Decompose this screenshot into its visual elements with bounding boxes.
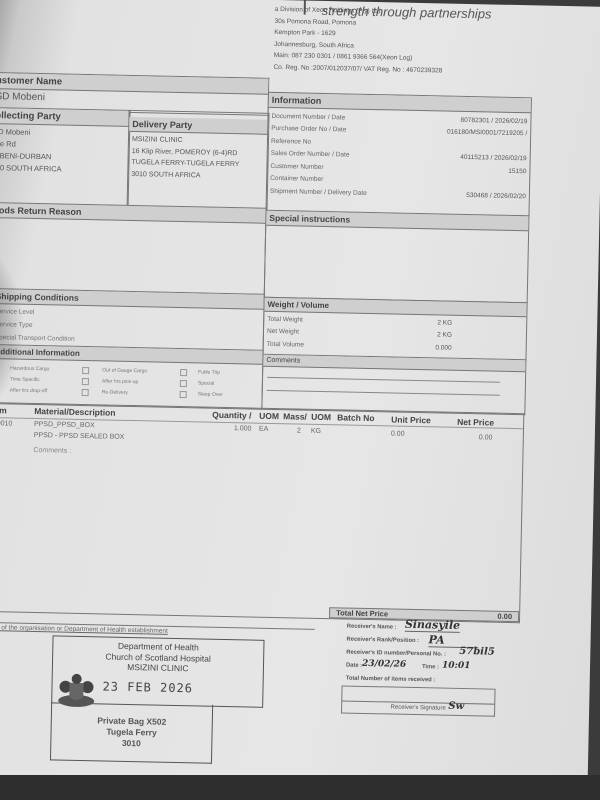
stamp-text-top: Department of Health Church of Scotland … <box>58 640 259 676</box>
delivery-note-page: strength through partnerships a Division… <box>0 0 600 797</box>
special-instructions-section: Special instructions <box>264 210 530 304</box>
item-material: PPSD_PPSD_BOX <box>34 421 95 429</box>
special-instructions-title: Special instructions <box>266 211 528 231</box>
comment-line-2 <box>267 390 500 396</box>
receiver-signature-value: Sw <box>448 701 464 712</box>
company-address: a Division of Xeon Holdings (Pty) Ltd. 3… <box>273 4 443 77</box>
goods-return-section: Goods Return Reason <box>0 202 267 298</box>
receiver-name-value[interactable]: Sinasyile <box>405 618 460 633</box>
total-volume-row: Total Volume0.000 <box>267 338 452 354</box>
item-mass: 2 <box>297 427 301 434</box>
delivery-party-address: MSIZINI CLINIC 16 Klip River, POMEROY (6… <box>128 132 268 185</box>
additional-information-section: Additional Information Hazardous Cargo O… <box>0 344 264 410</box>
stamp-text-bottom: Private Bag X502 Tugela Ferry 3010 <box>61 715 202 751</box>
shipping-conditions-section: Shipping Conditions Service Level Servic… <box>0 288 265 354</box>
weight-volume-section: Weight / Volume Total Weight2 KG Net Wei… <box>262 297 527 363</box>
item-unit-price: 0.00 <box>391 430 405 437</box>
information-section: Information Document Number / Date807823… <box>265 92 531 218</box>
stamp-date: 23 FEB 2026 <box>102 679 193 695</box>
receiver-signature-field[interactable]: Receiver's Signature Sw <box>341 701 495 716</box>
item-comments: Comments : <box>33 447 71 455</box>
coat-of-arms-icon <box>55 670 98 711</box>
goods-return-title: Goods Return Reason <box>0 203 266 224</box>
item-number: 000010 <box>0 420 12 427</box>
receiver-time-value[interactable]: 10:01 <box>442 661 471 672</box>
item-net-price: 0.00 <box>479 434 493 441</box>
items-table: Item Material/Description Quantity / UOM… <box>0 402 524 623</box>
additional-information-options: Hazardous Cargo Out of Gauge Cargo Futil… <box>0 359 262 400</box>
weight-volume-rows: Total Weight2 KG Net Weight2 KG Total Vo… <box>264 312 456 355</box>
comment-line-1 <box>267 377 500 383</box>
delivery-party-section: Delivery Party MSIZINI CLINIC 16 Klip Ri… <box>127 110 270 210</box>
item-mass-uom: KG <box>311 428 321 435</box>
background-surface <box>0 775 600 800</box>
total-net-price-value: 0.00 <box>497 612 512 621</box>
comments-section: Comments <box>261 354 526 416</box>
time-specific-checkbox[interactable] <box>82 378 89 385</box>
receiver-date-value[interactable]: 23/02/26 <box>362 659 406 670</box>
item-uom: EA <box>259 426 268 433</box>
collecting-party-section: Collecting Party PSD Mobeni rewe Rd MOBE… <box>0 107 131 207</box>
receiver-id-value[interactable]: 57bil5 <box>459 646 495 658</box>
re-delivery-checkbox[interactable] <box>180 391 187 398</box>
receiver-block: Receiver's Name : Sinasyile Receiver's R… <box>345 624 522 718</box>
after-hrs-dropoff-checkbox[interactable] <box>82 389 89 396</box>
hazardous-cargo-checkbox[interactable] <box>82 367 89 374</box>
item-description: PPSD - PPSD SEALED BOX <box>34 432 125 441</box>
out-of-gauge-checkbox[interactable] <box>180 369 187 376</box>
information-rows: Document Number / Date80782301 / 2026/02… <box>267 108 531 205</box>
after-hrs-pickup-checkbox[interactable] <box>180 380 187 387</box>
item-quantity: 1.000 <box>234 425 252 432</box>
collecting-party-address: PSD Mobeni rewe Rd MOBENI-DURBAN 4060 SO… <box>0 124 129 179</box>
total-net-price-label: Total Net Price <box>336 608 388 618</box>
shipping-conditions-rows: Service Level Service Type Special Trans… <box>0 304 263 351</box>
